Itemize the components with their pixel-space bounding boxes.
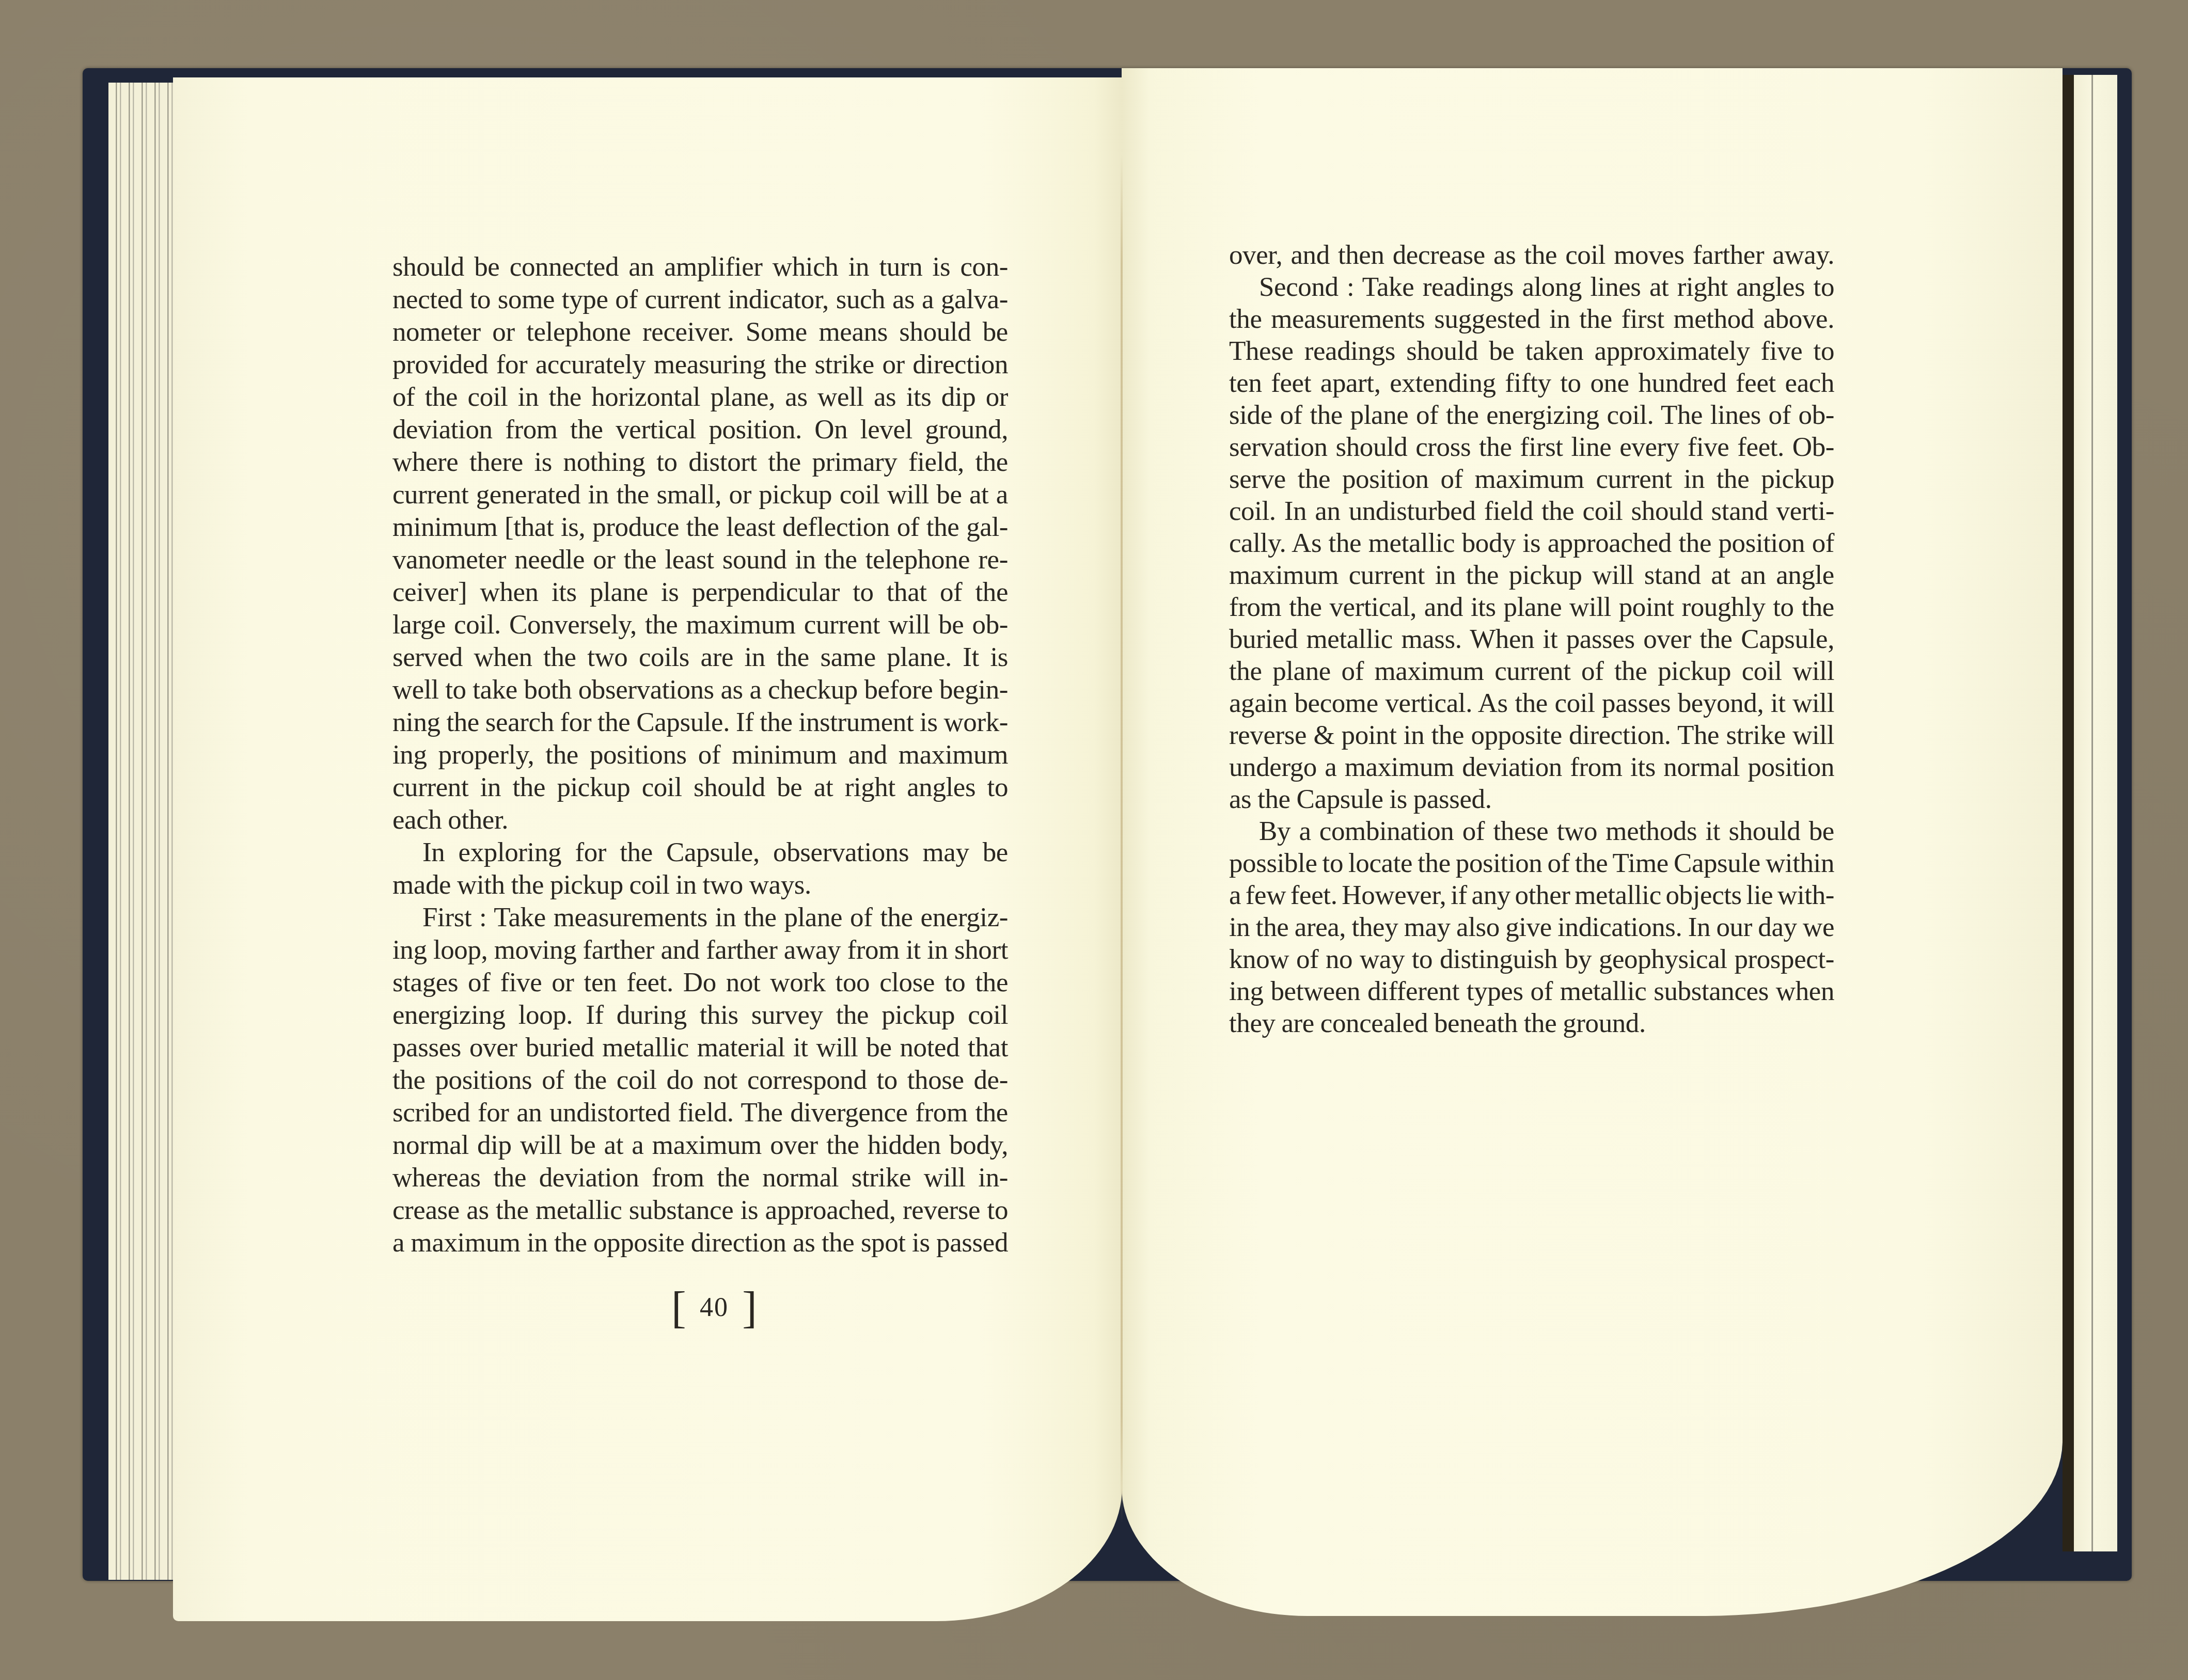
text-line: ing between different types of metallic … xyxy=(1229,975,1834,1007)
text-line: reverse & point in the opposite directio… xyxy=(1229,719,1834,751)
text-line: crease as the metallic substance is appr… xyxy=(392,1194,1008,1227)
text-line: minimum [that is, produce the least defl… xyxy=(392,511,1008,544)
text-line: each other. xyxy=(392,804,1008,836)
right-page-text: over, and then decrease as the coil move… xyxy=(1229,239,1834,1039)
text-line: Second : Take readings along lines at ri… xyxy=(1229,271,1834,303)
text-line: ing properly, the positions of minimum a… xyxy=(392,739,1008,771)
text-line: coil. In an undisturbed field the coil s… xyxy=(1229,495,1834,527)
text-line: maximum current in the pickup will stand… xyxy=(1229,559,1834,591)
right-edge-shadow xyxy=(2063,75,2074,1551)
text-line: made with the pickup coil in two ways. xyxy=(392,869,1008,901)
text-line: where there is nothing to distort the pr… xyxy=(392,446,1008,479)
page-number-value: 40 xyxy=(700,1292,729,1323)
text-line: current in the pickup coil should be at … xyxy=(392,771,1008,804)
text-line: passes over buried metallic material it … xyxy=(392,1032,1008,1064)
text-line: current generated in the small, or picku… xyxy=(392,479,1008,511)
text-line: in the area, they may also give indicati… xyxy=(1229,911,1834,943)
text-line: undergo a maximum deviation from its nor… xyxy=(1229,751,1834,783)
text-line: stages of five or ten feet. Do not work … xyxy=(392,966,1008,999)
text-line: ing loop, moving farther and farther awa… xyxy=(392,934,1008,966)
text-line: In exploring for the Capsule, observatio… xyxy=(392,836,1008,869)
left-page-stack xyxy=(108,83,178,1580)
text-line: ning the search for the Capsule. If the … xyxy=(392,706,1008,739)
text-line: ceiver] when its plane is perpendicular … xyxy=(392,576,1008,609)
text-line: should be connected an amplifier which i… xyxy=(392,251,1008,283)
text-line: provided for accurately measuring the st… xyxy=(392,348,1008,381)
text-line: serve the position of maximum current in… xyxy=(1229,463,1834,495)
text-line: servation should cross the first line ev… xyxy=(1229,431,1834,463)
text-line: possible to locate the position of the T… xyxy=(1229,847,1834,879)
text-line: the positions of the coil do not corresp… xyxy=(392,1064,1008,1097)
gutter-fold xyxy=(1121,155,1123,1523)
page-number-open-bracket: [ xyxy=(671,1285,686,1329)
text-line: nometer or telephone receiver. Some mean… xyxy=(392,316,1008,348)
text-line: again become vertical. As the coil passe… xyxy=(1229,687,1834,719)
text-line: well to take both observations as a chec… xyxy=(392,674,1008,706)
text-line: as the Capsule is passed. xyxy=(1229,783,1834,815)
text-line: These readings should be taken approxima… xyxy=(1229,335,1834,367)
text-line: over, and then decrease as the coil move… xyxy=(1229,239,1834,271)
text-line: side of the plane of the energizing coil… xyxy=(1229,399,1834,431)
text-line: large coil. Conversely, the maximum curr… xyxy=(392,609,1008,641)
text-line: the measurements suggested in the first … xyxy=(1229,303,1834,335)
text-line: deviation from the vertical position. On… xyxy=(392,414,1008,446)
text-line: vanometer needle or the least sound in t… xyxy=(392,544,1008,576)
text-line: whereas the deviation from the normal st… xyxy=(392,1162,1008,1194)
page-number: [ 40 ] xyxy=(671,1283,757,1331)
text-line: of the coil in the horizontal plane, as … xyxy=(392,381,1008,414)
text-line: buried metallic mass. When it passes ove… xyxy=(1229,623,1834,655)
text-line: know of no way to distinguish by geophys… xyxy=(1229,943,1834,975)
text-line: served when the two coils are in the sam… xyxy=(392,641,1008,674)
text-line: First : Take measurements in the plane o… xyxy=(392,901,1008,934)
text-line: cally. As the metallic body is approache… xyxy=(1229,527,1834,559)
text-line: nected to some type of current indicator… xyxy=(392,283,1008,316)
text-line: they are concealed beneath the ground. xyxy=(1229,1007,1834,1039)
text-line: scribed for an undistorted field. The di… xyxy=(392,1097,1008,1129)
page-number-close-bracket: ] xyxy=(742,1285,757,1329)
text-line: By a combination of these two methods it… xyxy=(1229,815,1834,847)
text-line: normal dip will be at a maximum over the… xyxy=(392,1129,1008,1162)
text-line: a maximum in the opposite direction as t… xyxy=(392,1227,1008,1259)
text-line: a few feet. However, if any other metall… xyxy=(1229,879,1834,911)
right-page-stack xyxy=(2074,75,2117,1551)
text-line: from the vertical, and its plane will po… xyxy=(1229,591,1834,623)
text-line: the plane of maximum current of the pick… xyxy=(1229,655,1834,687)
left-page-text: should be connected an amplifier which i… xyxy=(392,251,1008,1259)
text-line: ten feet apart, extending fifty to one h… xyxy=(1229,367,1834,399)
text-line: energizing loop. If during this survey t… xyxy=(392,999,1008,1032)
